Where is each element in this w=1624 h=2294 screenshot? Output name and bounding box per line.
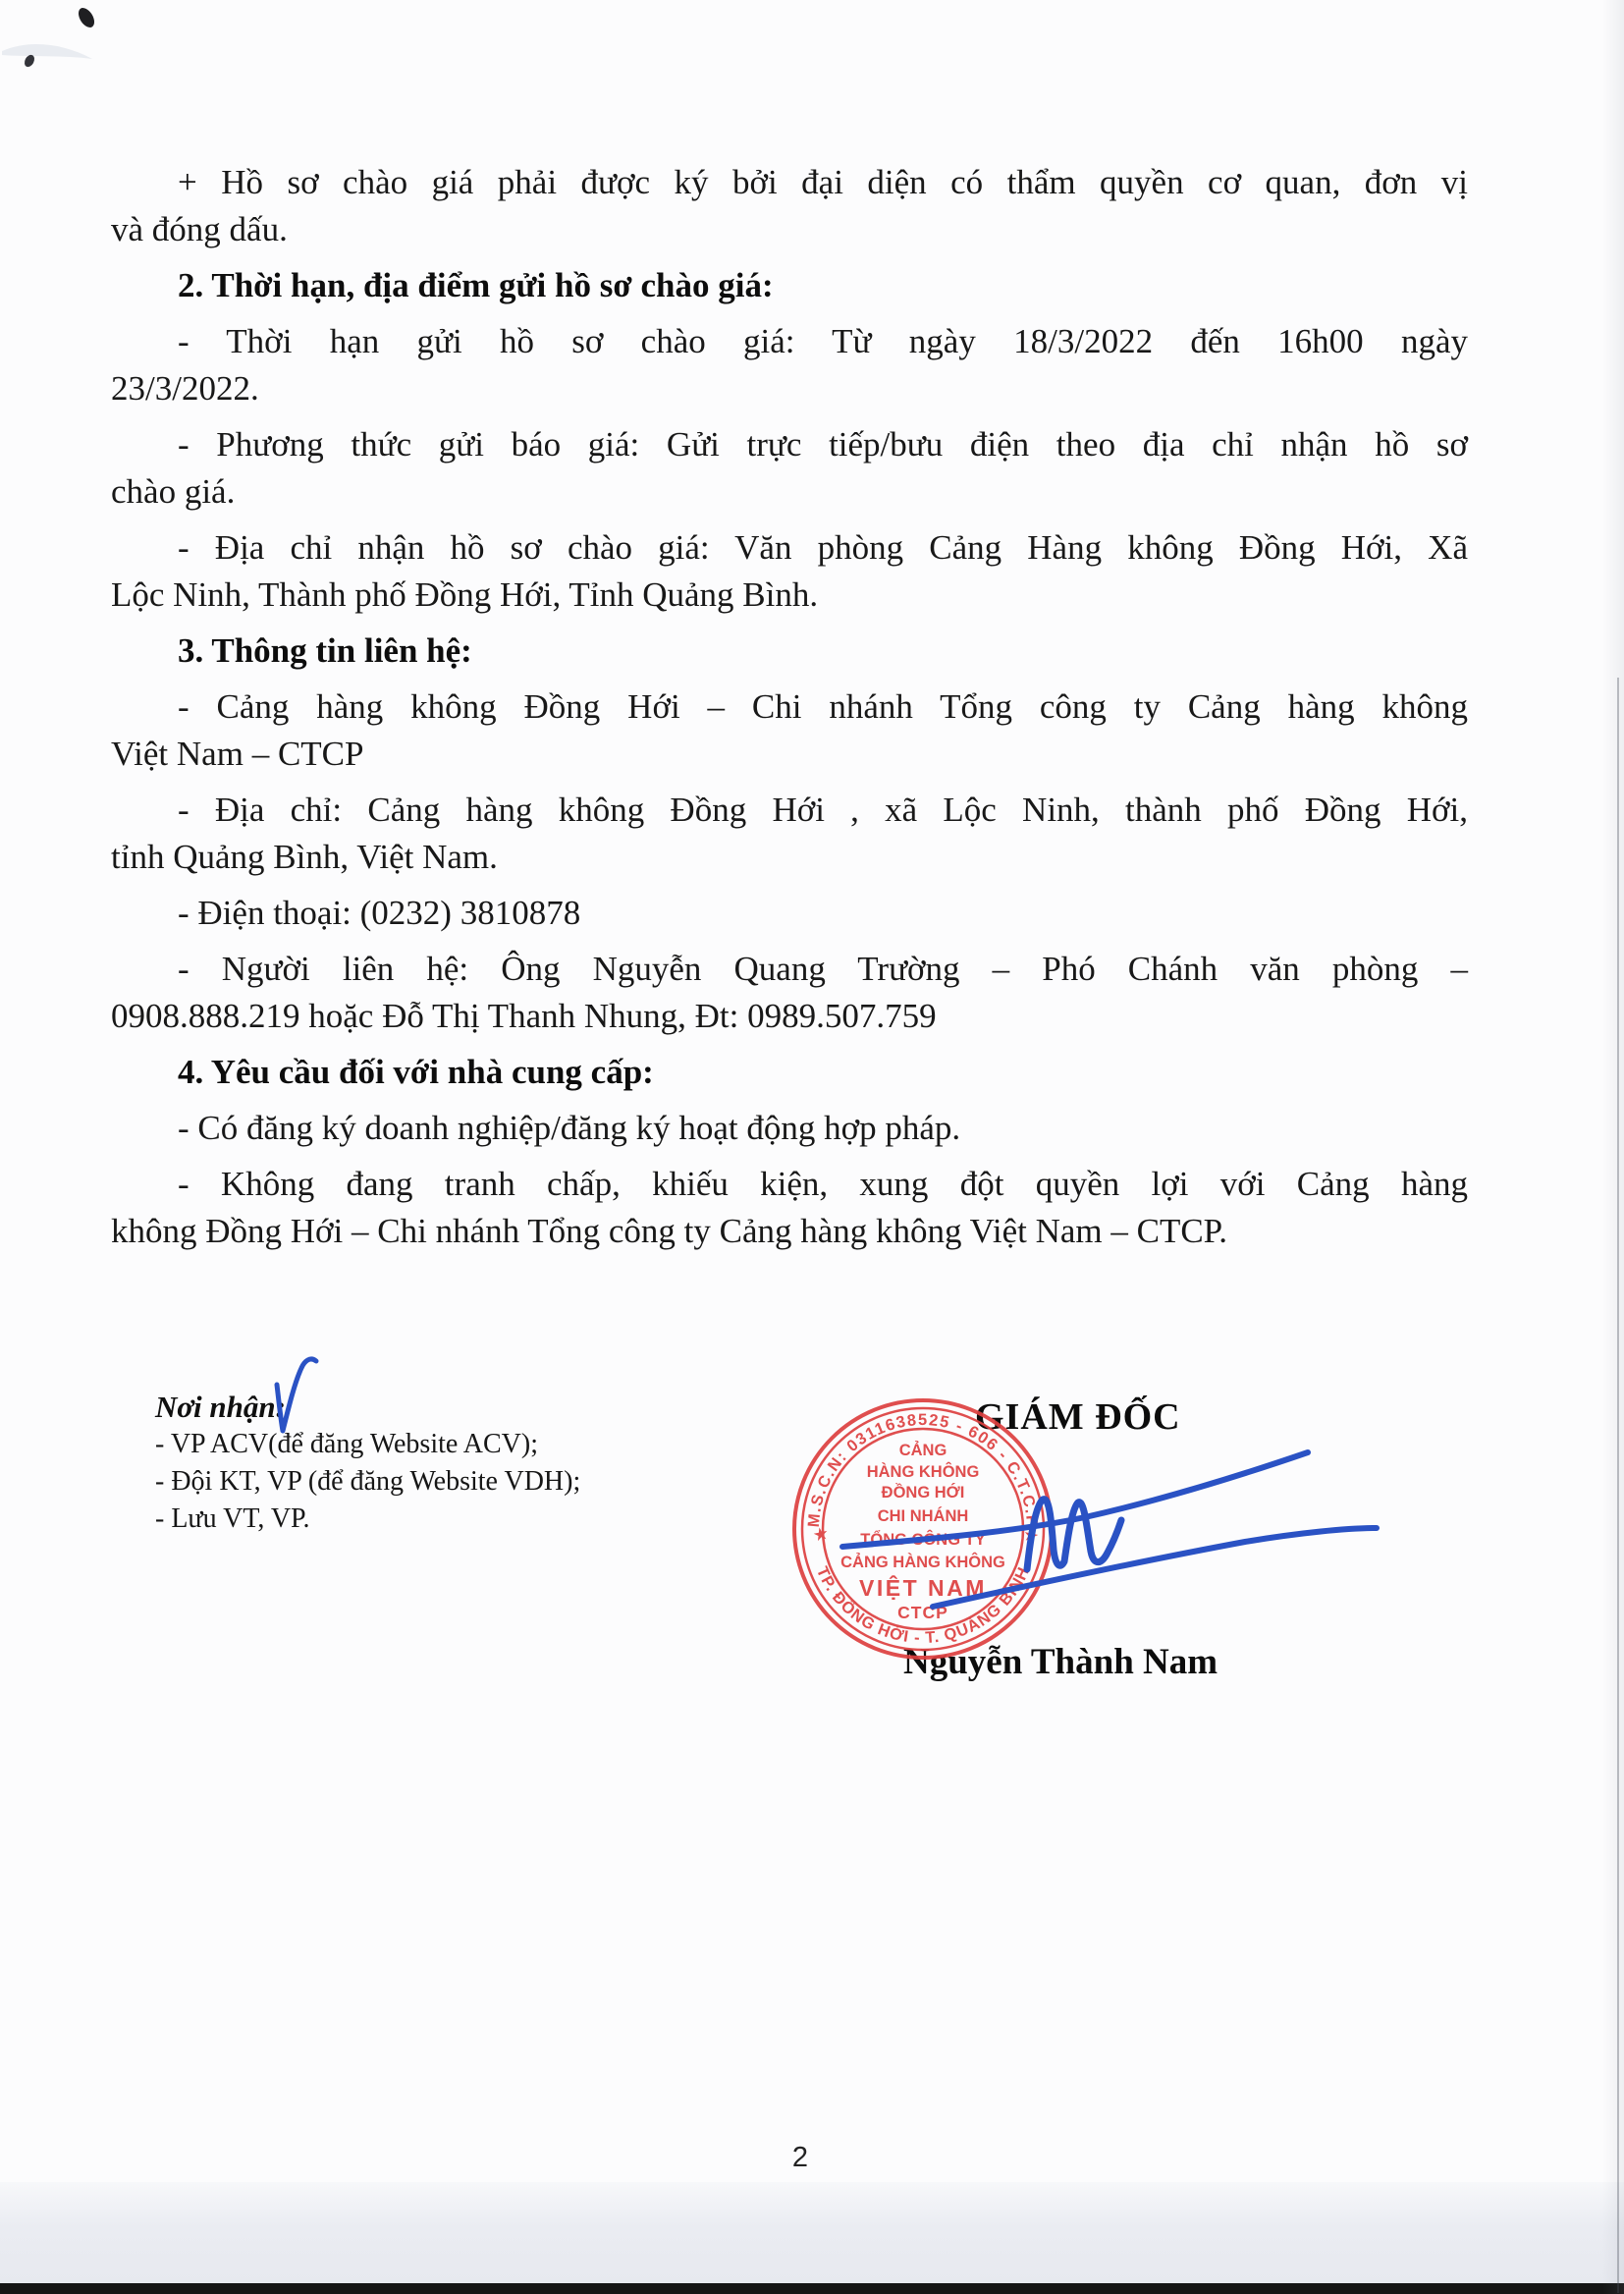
company-stamp: M.S.C.N: 0311638525 - 606 - C.T.C.P TP. … (781, 1387, 1065, 1671)
section-heading: 2. Thời hạn, địa điểm gửi hồ sơ chào giá… (111, 262, 1468, 309)
scan-right-shade (1602, 0, 1624, 2294)
text-line: 23/3/2022. (111, 365, 1468, 412)
recipient-item: - Lưu VT, VP. (155, 1501, 580, 1538)
stamp-line: VIỆT NAM (859, 1574, 987, 1601)
page-number: 2 (783, 2142, 818, 2174)
recipients-list: - VP ACV(để đăng Website ACV);- Đội KT, … (155, 1426, 580, 1538)
text-line: + Hồ sơ chào giá phải được ký bởi đại di… (111, 159, 1468, 206)
recipients-label: Nơi nhận: (155, 1389, 580, 1426)
text-line: - Có đăng ký doanh nghiệp/đăng ký hoạt đ… (111, 1105, 1468, 1152)
section-heading: 3. Thông tin liên hệ: (111, 628, 1468, 675)
stamp-line: CẢNG HÀNG KHÔNG (840, 1553, 1005, 1571)
text-line: không Đồng Hới – Chi nhánh Tổng công ty … (111, 1208, 1468, 1255)
stamp-line: HÀNG KHÔNG (867, 1462, 980, 1481)
text-line: - Phương thức gửi báo giá: Gửi trực tiếp… (111, 421, 1468, 468)
recipient-item: - VP ACV(để đăng Website ACV); (155, 1426, 580, 1463)
text-line: - Điện thoại: (0232) 3810878 (111, 890, 1468, 937)
text-line: Việt Nam – CTCP (111, 731, 1468, 778)
stamp-line: CTCP (897, 1603, 948, 1622)
text-line: Lộc Ninh, Thành phố Đồng Hới, Tỉnh Quảng… (111, 572, 1468, 619)
paragraph: - Điện thoại: (0232) 3810878 (111, 890, 1468, 937)
star-icon: ★ (811, 1523, 831, 1546)
text-line: - Không đang tranh chấp, khiếu kiện, xun… (111, 1161, 1468, 1208)
paragraph: - Thời hạn gửi hồ sơ chào giá: Từ ngày 1… (111, 318, 1468, 412)
paragraph: - Địa chỉ: Cảng hàng không Đồng Hới , xã… (111, 787, 1468, 881)
paragraph: - Người liên hệ: Ông Nguyễn Quang Trường… (111, 946, 1468, 1040)
recipient-item: - Đội KT, VP (để đăng Website VDH); (155, 1463, 580, 1501)
text-line: 2. Thời hạn, địa điểm gửi hồ sơ chào giá… (111, 262, 1468, 309)
scanned-document-page: + Hồ sơ chào giá phải được ký bởi đại di… (0, 0, 1624, 2294)
scan-bottom-shade (0, 2182, 1624, 2283)
text-line: - Địa chỉ: Cảng hàng không Đồng Hới , xã… (111, 787, 1468, 834)
paragraph: + Hồ sơ chào giá phải được ký bởi đại di… (111, 159, 1468, 253)
paragraph: - Địa chỉ nhận hồ sơ chào giá: Văn phòng… (111, 524, 1468, 619)
text-line: và đóng dấu. (111, 206, 1468, 253)
stamp-line: ĐỒNG HỚI (882, 1483, 965, 1502)
scan-smudge (2, 44, 92, 59)
stamp-line: CHI NHÁNH (878, 1506, 969, 1525)
text-line: - Thời hạn gửi hồ sơ chào giá: Từ ngày 1… (111, 318, 1468, 365)
paragraph: - Cảng hàng không Đồng Hới – Chi nhánh T… (111, 683, 1468, 778)
scan-artifacts (2, 5, 97, 69)
text-line: 0908.888.219 hoặc Đỗ Thị Thanh Nhung, Đt… (111, 993, 1468, 1040)
text-line: 3. Thông tin liên hệ: (111, 628, 1468, 675)
paragraph: - Không đang tranh chấp, khiếu kiện, xun… (111, 1161, 1468, 1255)
scan-mark (23, 53, 36, 69)
section-heading: 4. Yêu cầu đối với nhà cung cấp: (111, 1049, 1468, 1096)
text-line: - Địa chỉ nhận hồ sơ chào giá: Văn phòng… (111, 524, 1468, 572)
paragraph: - Phương thức gửi báo giá: Gửi trực tiếp… (111, 421, 1468, 516)
stamp-line: CẢNG (899, 1441, 947, 1459)
scan-bottom-edge (0, 2283, 1624, 2294)
stamp-line: TỔNG CÔNG TY (860, 1530, 985, 1549)
document-body: + Hồ sơ chào giá phải được ký bởi đại di… (111, 159, 1468, 1264)
text-line: chào giá. (111, 468, 1468, 516)
star-icon: ★ (1021, 1524, 1041, 1547)
text-line: 4. Yêu cầu đối với nhà cung cấp: (111, 1049, 1468, 1096)
recipients-block: Nơi nhận: - VP ACV(để đăng Website ACV);… (155, 1389, 580, 1538)
scan-mark (76, 5, 98, 30)
text-line: - Cảng hàng không Đồng Hới – Chi nhánh T… (111, 683, 1468, 731)
scan-right-edge-line (1617, 678, 1619, 2293)
text-line: tỉnh Quảng Bình, Việt Nam. (111, 834, 1468, 881)
text-line: - Người liên hệ: Ông Nguyễn Quang Trường… (111, 946, 1468, 993)
paragraph: - Có đăng ký doanh nghiệp/đăng ký hoạt đ… (111, 1105, 1468, 1152)
